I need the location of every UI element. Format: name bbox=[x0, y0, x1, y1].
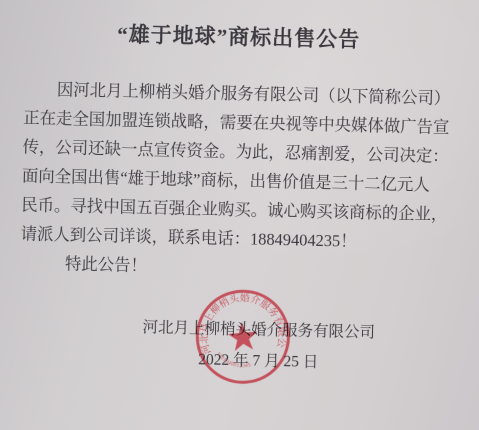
company-seal: 河北月上柳梢头婚介服务有限公司 1301040012345 bbox=[189, 283, 296, 390]
announcement-document: “雄于地球”商标出售公告 因河北月上柳梢头婚介服务有限公司（以下简称公司） 正在… bbox=[0, 0, 479, 430]
document-title: “雄于地球”商标出售公告 bbox=[0, 16, 478, 57]
star-icon bbox=[227, 321, 259, 351]
document-photo: “雄于地球”商标出售公告 因河北月上柳梢头婚介服务有限公司（以下简称公司） 正在… bbox=[0, 0, 479, 430]
document-body: 因河北月上柳梢头婚介服务有限公司（以下简称公司） 正在走全国加盟连锁战略，需要在… bbox=[20, 74, 462, 287]
seal-serial-number: 1301040012345 bbox=[214, 349, 251, 372]
